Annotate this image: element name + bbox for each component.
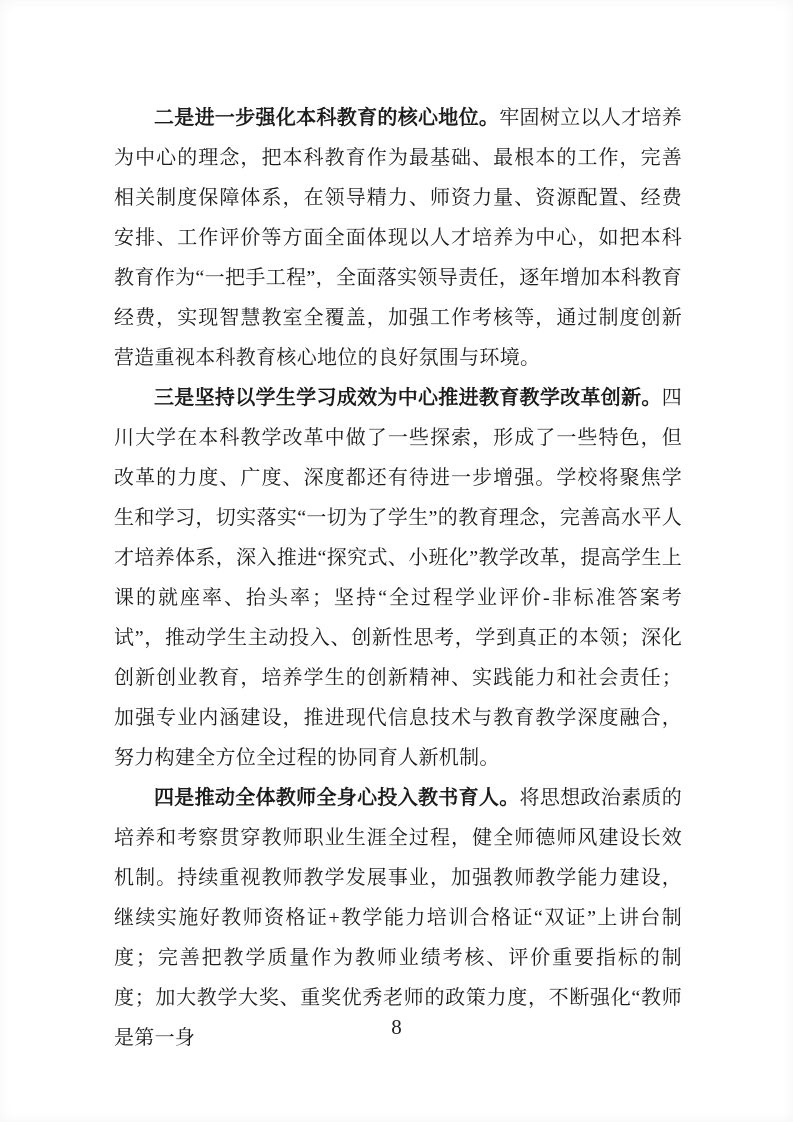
paragraph-lead: 三是坚持以学生学习成效为中心推进教育教学改革创新。: [154, 387, 662, 409]
page-number: 8: [0, 1012, 793, 1042]
paragraph-lead: 二是进一步强化本科教育的核心地位。: [154, 107, 499, 129]
paragraph-undergraduate-core-position: 二是进一步强化本科教育的核心地位。牢固树立以人才培养为中心的理念，把本科教育作为…: [114, 98, 682, 378]
paragraph-lead: 四是推动全体教师全身心投入教书育人。: [154, 787, 520, 809]
paragraph-body: 四川大学在本科教学改革中做了一些探索，形成了一些特色，但改革的力度、广度、深度都…: [114, 387, 682, 769]
paragraph-teaching-reform-innovation: 三是坚持以学生学习成效为中心推进教育教学改革创新。四川大学在本科教学改革中做了一…: [114, 378, 682, 778]
document-page: 二是进一步强化本科教育的核心地位。牢固树立以人才培养为中心的理念，把本科教育作为…: [0, 0, 793, 1122]
text-content: 二是进一步强化本科教育的核心地位。牢固树立以人才培养为中心的理念，把本科教育作为…: [114, 98, 682, 1058]
paragraph-body: 将思想政治素质的培养和考察贯穿教师职业生涯全过程，健全师德师风建设长效机制。持续…: [114, 787, 682, 1049]
paragraph-body: 牢固树立以人才培养为中心的理念，把本科教育作为最基础、最根本的工作，完善相关制度…: [114, 107, 682, 369]
